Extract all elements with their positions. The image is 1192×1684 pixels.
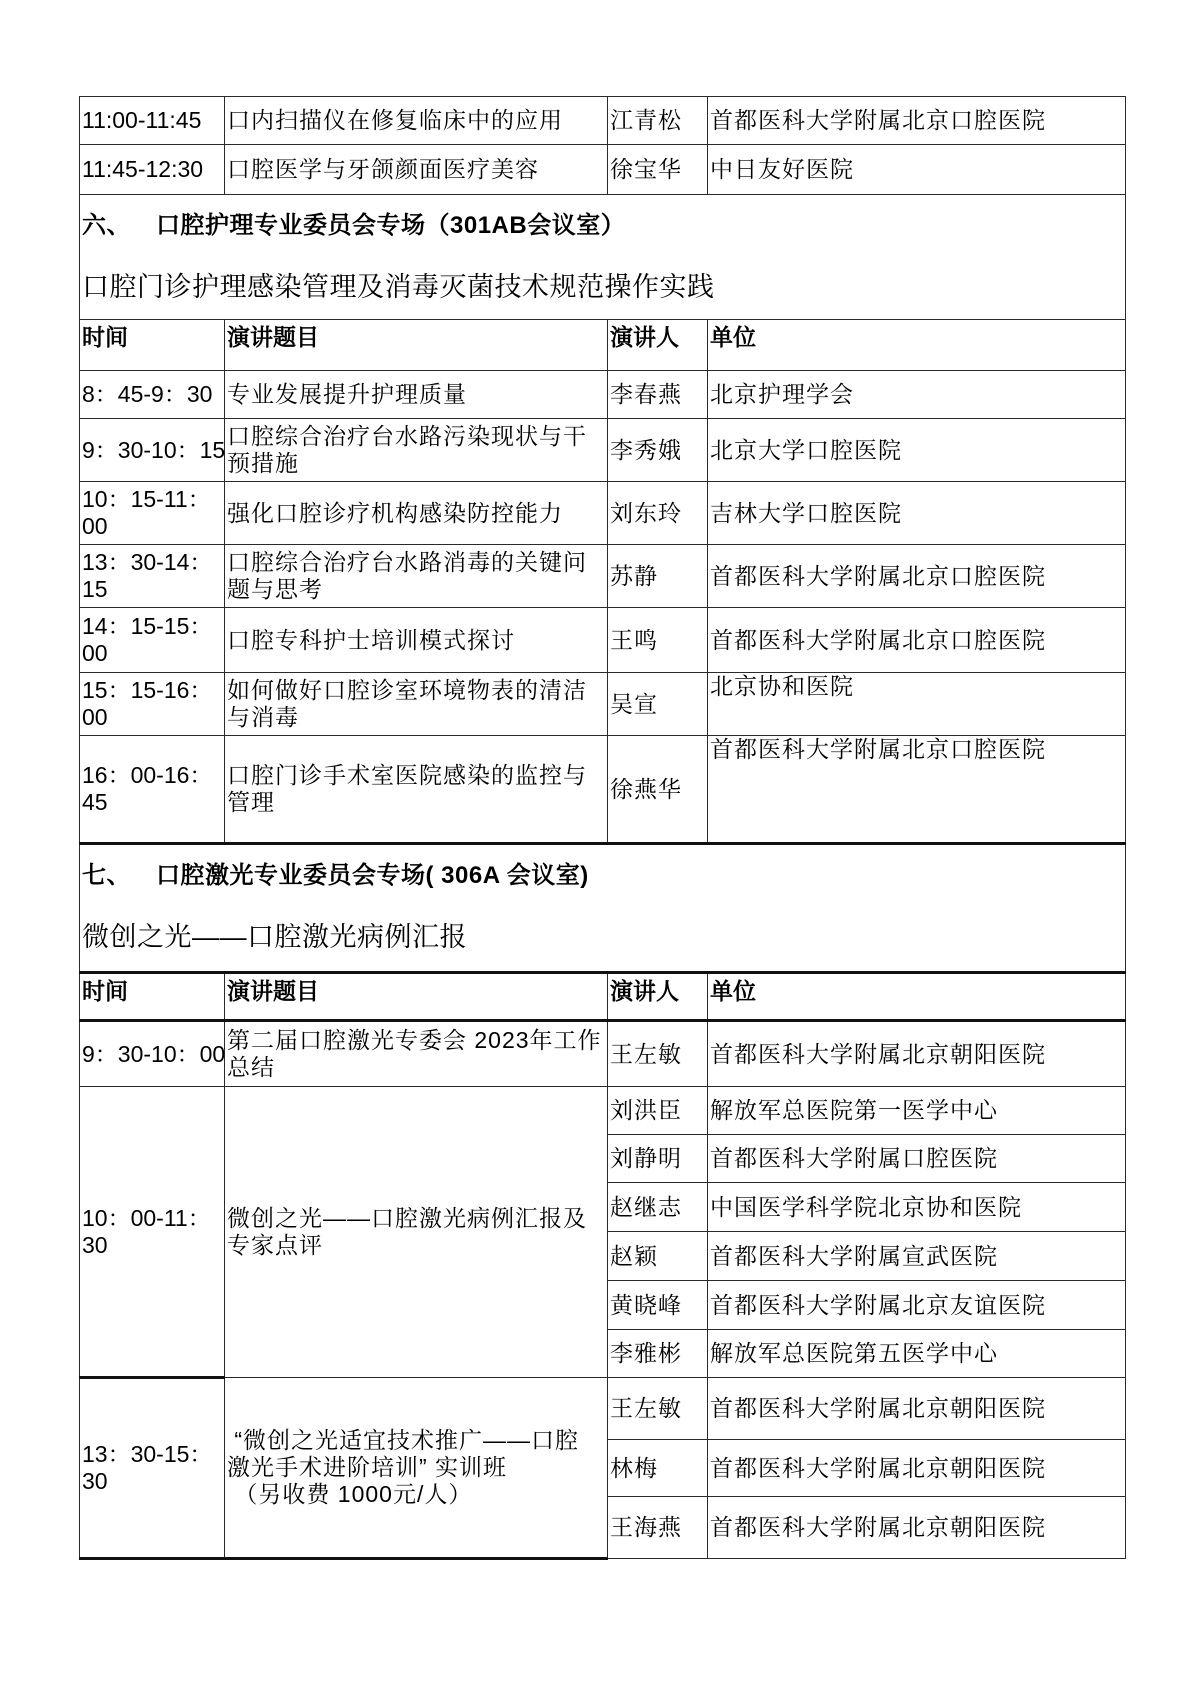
section-header: 七、口腔激光专业委员会专场( 306A 会议室) 微创之光——口腔激光病例汇报 bbox=[80, 844, 1126, 973]
time-text: 8：45-9：30 bbox=[82, 381, 222, 408]
header-affiliation: 单位 bbox=[708, 320, 1126, 371]
speaker-cell: 李春燕 bbox=[608, 371, 708, 419]
column-header-row: 时间 演讲题目 演讲人 单位 bbox=[80, 973, 1126, 1021]
speaker-cell: 刘东玲 bbox=[608, 482, 708, 545]
time-text: 14：15-15： bbox=[82, 613, 222, 640]
time-cell: 9：30-10：00 bbox=[80, 1021, 225, 1087]
table-row: 14：15-15：00 口腔专科护士培训模式探讨 王鸣 首都医科大学附属北京口腔… bbox=[80, 608, 1126, 673]
time-text: 30 bbox=[82, 1232, 222, 1259]
time-text: 15：15-16： bbox=[82, 677, 222, 704]
topic-text: 题与思考 bbox=[227, 576, 605, 603]
topic-text: 口腔综合治疗台水路污染现状与干 bbox=[227, 423, 605, 450]
table-row: 8：45-9：30 专业发展提升护理质量 李春燕 北京护理学会 bbox=[80, 371, 1126, 419]
time-text: 30 bbox=[82, 1468, 222, 1495]
topic-text: 强化口腔诊疗机构感染防控能力 bbox=[227, 500, 605, 527]
speaker-cell: 吴宣 bbox=[608, 673, 708, 736]
topic-cell: 口内扫描仪在修复临床中的应用 bbox=[225, 97, 608, 145]
speaker-cell: 江青松 bbox=[608, 97, 708, 145]
affiliation-cell: 首都医科大学附属北京口腔医院 bbox=[708, 97, 1126, 145]
affiliation-cell: 首都医科大学附属北京朝阳医院 bbox=[708, 1440, 1126, 1497]
affiliation-cell: 首都医科大学附属北京口腔医院 bbox=[708, 608, 1126, 673]
speaker-cell: 王左敏 bbox=[608, 1021, 708, 1087]
topic-text: 口腔专科护士培训模式探讨 bbox=[227, 627, 605, 654]
topic-text: 口腔门诊手术室医院感染的监控与 bbox=[227, 762, 605, 789]
topic-cell: 强化口腔诊疗机构感染防控能力 bbox=[225, 482, 608, 545]
time-cell: 16：00-16：45 bbox=[80, 736, 225, 844]
affiliation-cell: 首都医科大学附属北京朝阳医院 bbox=[708, 1021, 1126, 1087]
affiliation-cell: 北京护理学会 bbox=[708, 371, 1126, 419]
affiliation-cell: 解放军总医院第一医学中心 bbox=[708, 1087, 1126, 1135]
affiliation-cell: 首都医科大学附属宣武医院 bbox=[708, 1232, 1126, 1281]
header-time: 时间 bbox=[80, 973, 225, 1021]
affiliation-cell: 首都医科大学附属北京口腔医院 bbox=[708, 545, 1126, 608]
speaker-cell: 徐宝华 bbox=[608, 145, 708, 195]
affiliation-cell: 北京大学口腔医院 bbox=[708, 419, 1126, 482]
time-cell: 11:45-12:30 bbox=[80, 145, 225, 195]
table-row: 10：00-11：30 微创之光——口腔激光病例汇报及专家点评 刘洪臣 解放军总… bbox=[80, 1087, 1126, 1135]
time-text: 00 bbox=[82, 640, 222, 667]
speaker-cell: 苏静 bbox=[608, 545, 708, 608]
section-title-text: 口腔护理专业委员会专场（301AB会议室） bbox=[156, 212, 625, 239]
time-text: 13：30-14： bbox=[82, 549, 222, 576]
speaker-cell: 刘洪臣 bbox=[608, 1087, 708, 1135]
table-row: 9：30-10：00 第二届口腔激光专委会 2023年工作总结 王左敏 首都医科… bbox=[80, 1021, 1126, 1087]
section-title-text: 口腔激光专业委员会专场( 306A 会议室) bbox=[156, 862, 589, 889]
header-topic: 演讲题目 bbox=[225, 320, 608, 371]
speaker-cell: 李雅彬 bbox=[608, 1330, 708, 1378]
table-row: 11:45-12:30 口腔医学与牙颌颜面医疗美容 徐宝华 中日友好医院 bbox=[80, 145, 1126, 195]
topic-text: 管理 bbox=[227, 789, 605, 816]
topic-text: 专家点评 bbox=[227, 1232, 605, 1259]
affiliation-cell: 解放军总医院第五医学中心 bbox=[708, 1330, 1126, 1378]
speaker-cell: 赵继志 bbox=[608, 1183, 708, 1232]
time-cell: 8：45-9：30 bbox=[80, 371, 225, 419]
time-text: 10：00-11： bbox=[82, 1205, 222, 1232]
time-text: 00 bbox=[82, 704, 222, 731]
section-header-cell: 七、口腔激光专业委员会专场( 306A 会议室) 微创之光——口腔激光病例汇报 bbox=[80, 844, 1126, 973]
time-cell: 13：30-15：30 bbox=[80, 1378, 225, 1559]
table-row: 10：15-11：00 强化口腔诊疗机构感染防控能力 刘东玲 吉林大学口腔医院 bbox=[80, 482, 1126, 545]
schedule-table: 11:00-11:45 口内扫描仪在修复临床中的应用 江青松 首都医科大学附属北… bbox=[79, 96, 1126, 1560]
table-row: 11:00-11:45 口内扫描仪在修复临床中的应用 江青松 首都医科大学附属北… bbox=[80, 97, 1126, 145]
time-text: 16：00-16： bbox=[82, 762, 222, 789]
speaker-cell: 王海燕 bbox=[608, 1497, 708, 1559]
time-text: 45 bbox=[82, 789, 222, 816]
speaker-cell: 徐燕华 bbox=[608, 736, 708, 844]
speaker-cell: 王左敏 bbox=[608, 1378, 708, 1440]
affiliation-cell: 首都医科大学附属北京朝阳医院 bbox=[708, 1378, 1126, 1440]
topic-text: 专业发展提升护理质量 bbox=[227, 381, 605, 408]
speaker-cell: 黄晓峰 bbox=[608, 1281, 708, 1330]
topic-text: 如何做好口腔诊室环境物表的清洁 bbox=[227, 677, 605, 704]
section-title: 六、口腔护理专业委员会专场（301AB会议室） bbox=[82, 195, 1123, 241]
section-subtitle: 口腔门诊护理感染管理及消毒灭菌技术规范操作实践 bbox=[82, 271, 1123, 303]
time-cell: 14：15-15：00 bbox=[80, 608, 225, 673]
affiliation-cell: 首都医科大学附属口腔医院 bbox=[708, 1135, 1126, 1183]
topic-text: 口腔综合治疗台水路消毒的关键问 bbox=[227, 549, 605, 576]
topic-cell: 口腔综合治疗台水路污染现状与干预措施 bbox=[225, 419, 608, 482]
topic-cell: 口腔门诊手术室医院感染的监控与管理 bbox=[225, 736, 608, 844]
time-cell: 10：00-11：30 bbox=[80, 1087, 225, 1378]
time-cell: 10：15-11：00 bbox=[80, 482, 225, 545]
section-title: 七、口腔激光专业委员会专场( 306A 会议室) bbox=[82, 845, 1123, 891]
time-cell: 9：30-10：15 bbox=[80, 419, 225, 482]
topic-text: 微创之光——口腔激光病例汇报及 bbox=[227, 1205, 605, 1232]
header-time: 时间 bbox=[80, 320, 225, 371]
section-number: 六、 bbox=[82, 211, 156, 241]
table-row: 15：15-16：00 如何做好口腔诊室环境物表的清洁与消毒 吴宣 北京协和医院 bbox=[80, 673, 1126, 736]
header-speaker: 演讲人 bbox=[608, 973, 708, 1021]
time-cell: 15：15-16：00 bbox=[80, 673, 225, 736]
topic-cell: “微创之光适宜技术推广——口腔激光手术进阶培训” 实训班 （另收费 1000元/… bbox=[225, 1378, 608, 1559]
topic-cell: 如何做好口腔诊室环境物表的清洁与消毒 bbox=[225, 673, 608, 736]
speaker-cell: 李秀娥 bbox=[608, 419, 708, 482]
affiliation-cell: 首都医科大学附属北京朝阳医院 bbox=[708, 1497, 1126, 1559]
time-text: 9：30-10：15 bbox=[82, 437, 222, 464]
section-subtitle: 微创之光——口腔激光病例汇报 bbox=[82, 921, 1123, 953]
time-cell: 13：30-14：15 bbox=[80, 545, 225, 608]
topic-text: 总结 bbox=[227, 1054, 605, 1081]
topic-cell: 第二届口腔激光专委会 2023年工作总结 bbox=[225, 1021, 608, 1087]
topic-cell: 口腔综合治疗台水路消毒的关键问题与思考 bbox=[225, 545, 608, 608]
topic-cell: 口腔医学与牙颌颜面医疗美容 bbox=[225, 145, 608, 195]
topic-text: 与消毒 bbox=[227, 704, 605, 731]
topic-cell: 口腔专科护士培训模式探讨 bbox=[225, 608, 608, 673]
header-speaker: 演讲人 bbox=[608, 320, 708, 371]
speaker-cell: 林梅 bbox=[608, 1440, 708, 1497]
table-row: 9：30-10：15 口腔综合治疗台水路污染现状与干预措施 李秀娥 北京大学口腔… bbox=[80, 419, 1126, 482]
time-text: 15 bbox=[82, 576, 222, 603]
time-text: 9：30-10：00 bbox=[82, 1041, 222, 1068]
section-header: 六、口腔护理专业委员会专场（301AB会议室） 口腔门诊护理感染管理及消毒灭菌技… bbox=[80, 195, 1126, 320]
table-row: 16：00-16：45 口腔门诊手术室医院感染的监控与管理 徐燕华 首都医科大学… bbox=[80, 736, 1126, 844]
topic-text: 激光手术进阶培训” 实训班 bbox=[227, 1454, 605, 1481]
time-cell: 11:00-11:45 bbox=[80, 97, 225, 145]
affiliation-cell: 首都医科大学附属北京口腔医院 bbox=[708, 736, 1126, 844]
affiliation-cell: 中日友好医院 bbox=[708, 145, 1126, 195]
section-header-cell: 六、口腔护理专业委员会专场（301AB会议室） 口腔门诊护理感染管理及消毒灭菌技… bbox=[80, 195, 1126, 320]
fee-note-text: （另收费 1000元/人） bbox=[227, 1481, 605, 1508]
table-row: 13：30-15：30 “微创之光适宜技术推广——口腔激光手术进阶培训” 实训班… bbox=[80, 1378, 1126, 1440]
header-topic: 演讲题目 bbox=[225, 973, 608, 1021]
topic-cell: 专业发展提升护理质量 bbox=[225, 371, 608, 419]
speaker-cell: 刘静明 bbox=[608, 1135, 708, 1183]
affiliation-cell: 吉林大学口腔医院 bbox=[708, 482, 1126, 545]
speaker-cell: 王鸣 bbox=[608, 608, 708, 673]
time-text: 00 bbox=[82, 513, 222, 540]
header-affiliation: 单位 bbox=[708, 973, 1126, 1021]
affiliation-cell: 北京协和医院 bbox=[708, 673, 1126, 736]
topic-text: “微创之光适宜技术推广——口腔 bbox=[227, 1427, 605, 1454]
table-row: 13：30-14：15 口腔综合治疗台水路消毒的关键问题与思考 苏静 首都医科大… bbox=[80, 545, 1126, 608]
topic-cell: 微创之光——口腔激光病例汇报及专家点评 bbox=[225, 1087, 608, 1378]
time-text: 13：30-15： bbox=[82, 1441, 222, 1468]
affiliation-cell: 中国医学科学院北京协和医院 bbox=[708, 1183, 1126, 1232]
affiliation-cell: 首都医科大学附属北京友谊医院 bbox=[708, 1281, 1126, 1330]
topic-text: 预措施 bbox=[227, 450, 605, 477]
column-header-row: 时间 演讲题目 演讲人 单位 bbox=[80, 320, 1126, 371]
topic-text: 第二届口腔激光专委会 2023年工作 bbox=[227, 1027, 605, 1054]
time-text: 10：15-11： bbox=[82, 486, 222, 513]
speaker-cell: 赵颖 bbox=[608, 1232, 708, 1281]
section-number: 七、 bbox=[82, 861, 156, 891]
